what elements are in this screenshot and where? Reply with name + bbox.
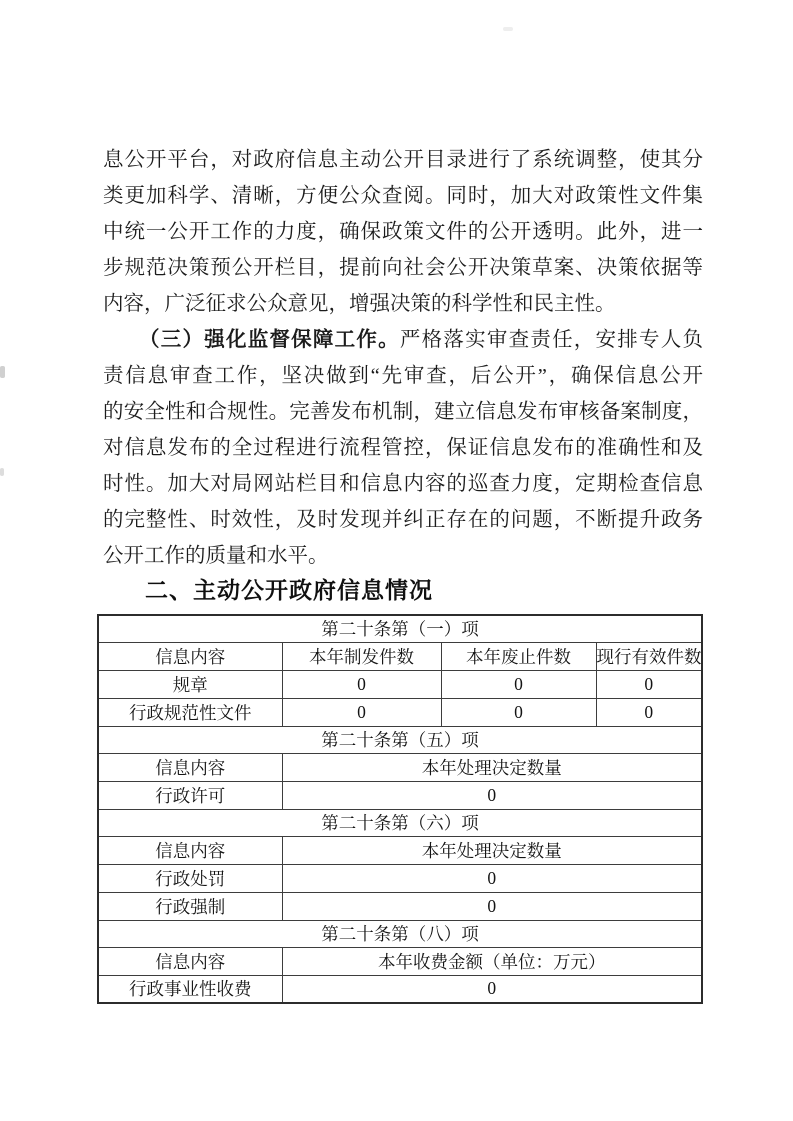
info-disclosure-table: 第二十条第（一）项 信息内容 本年制发件数 本年废止件数 现行有效件数 规章 0…: [97, 614, 703, 1004]
column-header: 本年收费金额（单位：万元）: [282, 947, 702, 975]
table-row: 第二十条第（六）项: [98, 809, 702, 836]
body-line: 公开工作的质量和水平。: [103, 538, 703, 574]
table-row: 信息内容 本年制发件数 本年废止件数 现行有效件数: [98, 642, 702, 670]
table-cell: 0: [282, 781, 702, 809]
row-label: 行政事业性收费: [98, 975, 282, 1003]
document-page: 息公开平台，对政府信息主动公开目录进行了系统调整，使其分 类更加科学、清晰，方便…: [0, 0, 793, 1121]
row-label: 规章: [98, 670, 282, 698]
column-header: 信息内容: [98, 836, 282, 864]
column-header: 现行有效件数: [596, 642, 702, 670]
body-line: 时性。加大对局网站栏目和信息内容的巡查力度，定期检查信息: [103, 466, 703, 502]
column-header: 信息内容: [98, 642, 282, 670]
table-row: 规章 0 0 0: [98, 670, 702, 698]
table-cell: 0: [441, 698, 596, 726]
table-row: 信息内容 本年处理决定数量: [98, 753, 702, 781]
body-line: （三）强化监督保障工作。严格落实审查责任，安排专人负: [103, 322, 703, 358]
table-row: 第二十条第（五）项: [98, 726, 702, 753]
table-cell: 0: [282, 670, 441, 698]
body-line: 责信息审查工作，坚决做到“先审查，后公开”，确保信息公开: [103, 358, 703, 394]
body-line: 的安全性和合规性。完善发布机制，建立信息发布审核备案制度，: [103, 394, 703, 430]
body-line: 内容，广泛征求公众意见，增强决策的科学性和民主性。: [103, 286, 703, 322]
table-row: 行政事业性收费 0: [98, 975, 702, 1003]
table-section-title: 第二十条第（八）项: [98, 920, 702, 947]
table-row: 第二十条第（八）项: [98, 920, 702, 947]
paragraph-lead: （三）强化监督保障工作。: [139, 329, 400, 351]
table-cell: 0: [282, 975, 702, 1003]
body-line: 息公开平台，对政府信息主动公开目录进行了系统调整，使其分: [103, 142, 703, 178]
body-text-block: 息公开平台，对政府信息主动公开目录进行了系统调整，使其分 类更加科学、清晰，方便…: [103, 142, 703, 574]
table-row: 第二十条第（一）项: [98, 615, 702, 642]
column-header: 信息内容: [98, 753, 282, 781]
row-label: 行政许可: [98, 781, 282, 809]
body-line-text: 严格落实审查责任，安排专人负: [400, 329, 703, 351]
table-row: 行政许可 0: [98, 781, 702, 809]
body-line: 类更加科学、清晰，方便公众查阅。同时，加大对政策性文件集: [103, 178, 703, 214]
table-section-title: 第二十条第（一）项: [98, 615, 702, 642]
table-row: 信息内容 本年处理决定数量: [98, 836, 702, 864]
column-header: 本年处理决定数量: [282, 836, 702, 864]
table-row: 行政处罚 0: [98, 864, 702, 892]
table-cell: 0: [596, 670, 702, 698]
scan-artifact: [0, 366, 5, 378]
body-line: 步规范决策预公开栏目，提前向社会公开决策草案、决策依据等: [103, 250, 703, 286]
body-line: 中统一公开工作的力度，确保政策文件的公开透明。此外，进一: [103, 214, 703, 250]
section-heading: 二、主动公开政府信息情况: [103, 576, 433, 604]
table-cell: 0: [282, 864, 702, 892]
column-header: 本年处理决定数量: [282, 753, 702, 781]
table-cell: 0: [596, 698, 702, 726]
table-section-title: 第二十条第（五）项: [98, 726, 702, 753]
row-label: 行政强制: [98, 892, 282, 920]
column-header: 本年废止件数: [441, 642, 596, 670]
table-cell: 0: [282, 698, 441, 726]
table-cell: 0: [282, 892, 702, 920]
table-row: 行政规范性文件 0 0 0: [98, 698, 702, 726]
row-label: 行政处罚: [98, 864, 282, 892]
table-cell: 0: [441, 670, 596, 698]
table-row: 信息内容 本年收费金额（单位：万元）: [98, 947, 702, 975]
column-header: 本年制发件数: [282, 642, 441, 670]
column-header: 信息内容: [98, 947, 282, 975]
body-line: 对信息发布的全过程进行流程管控，保证信息发布的准确性和及: [103, 430, 703, 466]
scan-artifact: [503, 27, 513, 31]
row-label: 行政规范性文件: [98, 698, 282, 726]
table-row: 行政强制 0: [98, 892, 702, 920]
table-section-title: 第二十条第（六）项: [98, 809, 702, 836]
scan-artifact: [0, 468, 4, 476]
body-line: 的完整性、时效性，及时发现并纠正存在的问题，不断提升政务: [103, 502, 703, 538]
